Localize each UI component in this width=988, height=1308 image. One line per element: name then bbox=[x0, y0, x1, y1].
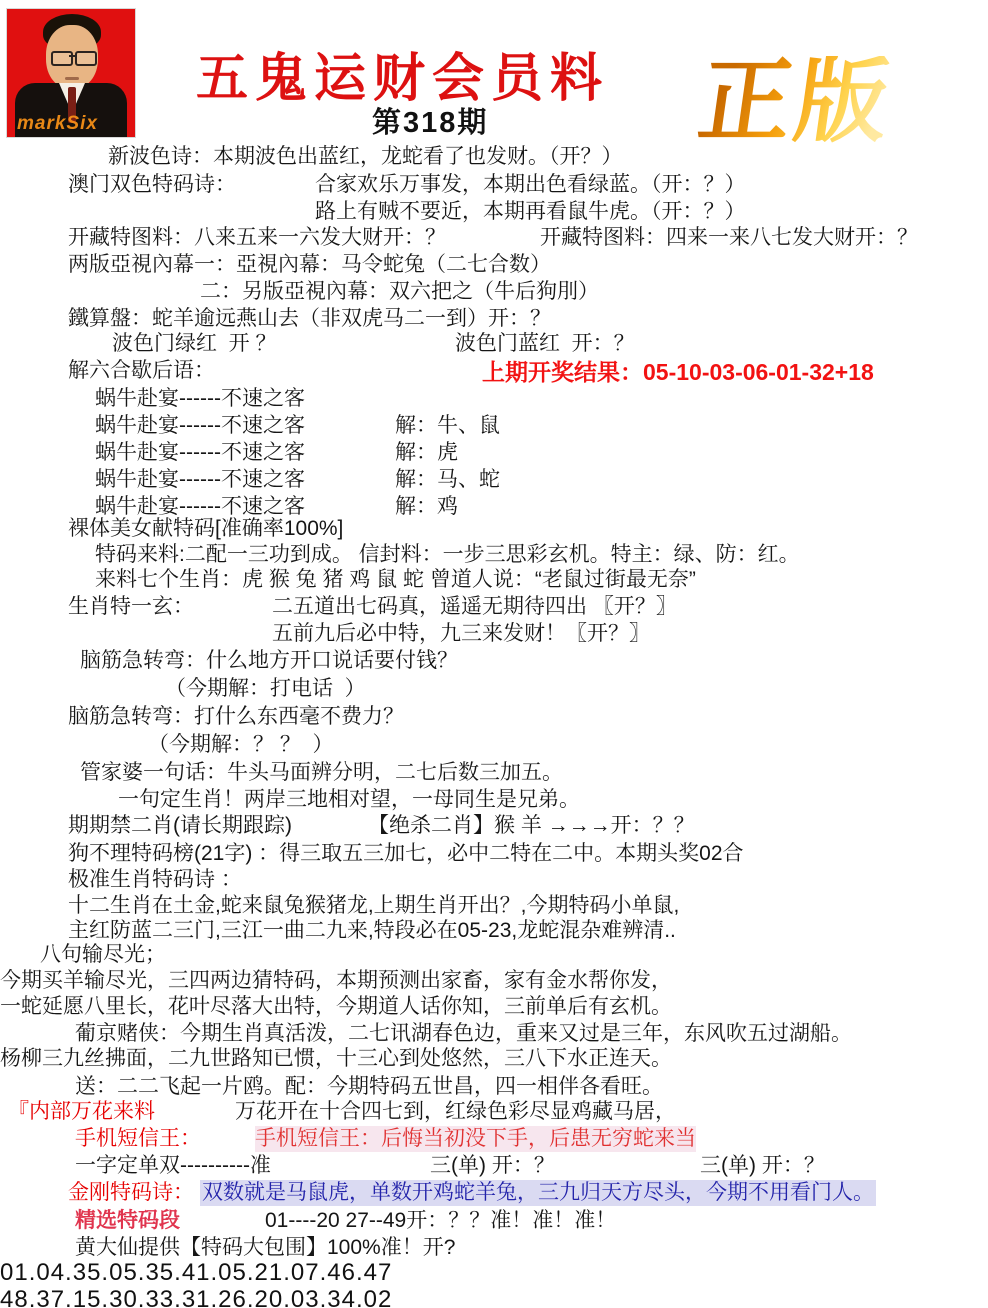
text-line: 解六合歇后语： bbox=[68, 358, 215, 384]
text-line: 脑筋急转弯：打什么东西毫不费力？ bbox=[68, 704, 404, 730]
glasses-icon bbox=[51, 51, 73, 66]
text-line: 极准生肖特码诗 ： bbox=[68, 867, 242, 893]
text-line: 合家欢乐万事发，本期出色看绿蓝。（开：？） bbox=[315, 172, 746, 198]
text-line: 手机短信王：后悔当初没下手，后患无穷蛇来当 bbox=[255, 1126, 696, 1152]
text-line: 解：虎 bbox=[395, 440, 458, 466]
text-line: 金刚特码诗： bbox=[68, 1180, 194, 1206]
text-line: 葡京赌侠：今期生肖真活泼，二七讯湖春色边，重来又过是三年，东风吹五过湖船。 bbox=[75, 1021, 852, 1047]
text-line: 管家婆一句话：牛头马面辨分明，二七后数三加五。 bbox=[80, 760, 563, 786]
text-line: 两版亞視內幕一：亞視內幕：马令蛇兔（二七合数） bbox=[68, 252, 551, 278]
text-line: 三(单) 开：？ bbox=[700, 1153, 825, 1179]
edition-badge: 正版 bbox=[694, 56, 899, 148]
photo-watermark: markSix bbox=[17, 113, 98, 135]
text-line: 特码来料:二配一三功到成。 信封料：一步三思彩玄机。特主：绿、防：红。 bbox=[95, 542, 800, 568]
text-line: 双数就是马鼠虎，单数开鸡蛇羊兔，三九归天方尽头，今期不用看门人。 bbox=[200, 1180, 876, 1206]
text-line: 期期禁二肖(请长期跟踪) bbox=[68, 813, 292, 839]
text-line: 解：鸡 bbox=[395, 494, 458, 520]
text-line: 【绝杀二肖】猴 羊 →→→开：？？ bbox=[368, 813, 695, 839]
glasses-icon bbox=[75, 51, 97, 66]
text-line: 裸体美女献特码[准确率100%] bbox=[68, 516, 343, 542]
text-line: 二：另版亞視內幕：双六把之（牛后狗刖） bbox=[200, 279, 599, 305]
text-line: 蜗牛赴宴------不速之客 bbox=[95, 413, 305, 439]
text-line: 今期买羊输尽光，三四两边猜特码，本期预测出家畜，家有金水帮你发， bbox=[0, 968, 672, 994]
text-line: 蜗牛赴宴------不速之客 bbox=[95, 467, 305, 493]
text-line: 送：二二飞起一片鸥。配：今期特码五世昌，四一相伴各看旺。 bbox=[75, 1074, 663, 1100]
text-line: 二五道出七码真，遥遥无期待四出 〖开？〗 bbox=[272, 594, 677, 620]
text-line: 一句定生肖！两岸三地相对望，一母同生是兄弟。 bbox=[118, 787, 580, 813]
text-line: 新波色诗：本期波色出蓝红，龙蛇看了也发财。（开？） bbox=[108, 144, 623, 170]
text-line: （今期解：打电话 ） bbox=[165, 676, 366, 702]
text-line: （今期解：？ ？ ） bbox=[148, 732, 334, 758]
text-line: 48.37.15.30.33.31.26.20.03.34.02 bbox=[0, 1285, 392, 1308]
text-line: 蜗牛赴宴------不速之客 bbox=[95, 386, 305, 412]
text-line: 开藏特图料：八来五来一六发大财开：？ bbox=[68, 225, 446, 251]
text-line: 鐵算盤：蛇羊逾远燕山去（非双虎马二一到）开：？ bbox=[68, 306, 551, 332]
text-line: 一蛇延愿八里长，花叶尽落大出特，今期道人话你知，三前单后有玄机。 bbox=[0, 994, 672, 1020]
text-line: 精选特码段 bbox=[75, 1208, 180, 1234]
text-line: 开藏特图料：四来一来八七发大财开：？ bbox=[540, 225, 918, 251]
text-line: 手机短信王： bbox=[75, 1126, 201, 1152]
text-line: 一字定单双----------准 bbox=[75, 1153, 271, 1179]
text-line: 波色门绿红 开 ？ bbox=[112, 331, 277, 357]
text-line: 三(单) 开：？ bbox=[430, 1153, 555, 1179]
text-line: 澳门双色特码诗： bbox=[68, 172, 236, 198]
text-line: 八句输尽光； bbox=[40, 942, 166, 968]
text-line: 路上有贼不要近，本期再看鼠牛虎。（开：？） bbox=[315, 199, 746, 225]
text-line: 杨柳三九丝拂面，二九世路知已惯，十三心到处悠然，三八下水正连天。 bbox=[0, 1046, 672, 1072]
text-line: 来料七个生肖：虎 猴 兔 猪 鸡 鼠 蛇 曾道人说：“老鼠过街最无奈” bbox=[95, 567, 696, 593]
text-line: 『内部万花来料 bbox=[8, 1099, 155, 1125]
text-line: 解：马、蛇 bbox=[395, 467, 500, 493]
text-line: 十二生肖在土金,蛇来鼠兔猴猪龙,上期生肖开出？,今期特码小单鼠, bbox=[68, 893, 679, 919]
text-line: 脑筋急转弯：什么地方开口说话要付钱？ bbox=[80, 648, 458, 674]
issue-number: 第318期 bbox=[372, 100, 488, 141]
portrait-mouth bbox=[65, 77, 79, 80]
text-line: 01.04.35.05.35.41.05.21.07.46.47 bbox=[0, 1258, 392, 1288]
text-line: 万花开在十合四七到，红绿色彩尽显鸡藏马居， bbox=[235, 1099, 676, 1125]
text-line: 五前九后必中特，九三来发财！〖开？〗 bbox=[272, 621, 650, 647]
glasses-bridge bbox=[69, 55, 75, 57]
text-line: 01----20 27--49开：？？准！准！准！ bbox=[265, 1208, 616, 1234]
text-line: 上期开奖结果：05-10-03-06-01-32+18 bbox=[482, 358, 874, 387]
text-line: 狗不理特码榜(21字) ：得三取五三加七，必中二特在二中。本期头奖02合 bbox=[68, 841, 744, 867]
text-line: 蜗牛赴宴------不速之客 bbox=[95, 440, 305, 466]
text-line: 解：牛、鼠 bbox=[395, 413, 500, 439]
portrait-photo: markSix bbox=[6, 8, 136, 138]
text-line: 波色门蓝红 开：？ bbox=[455, 331, 635, 357]
page: markSix 五鬼运财会员料 第318期 正版 新波色诗：本期波色出蓝红，龙蛇… bbox=[0, 0, 988, 1308]
text-line: 生肖特一玄： bbox=[68, 594, 194, 620]
text-line: 主红防蓝二三门,三江一曲二九来,特段必在05-23,龙蛇混杂难辨清.. bbox=[68, 918, 676, 944]
